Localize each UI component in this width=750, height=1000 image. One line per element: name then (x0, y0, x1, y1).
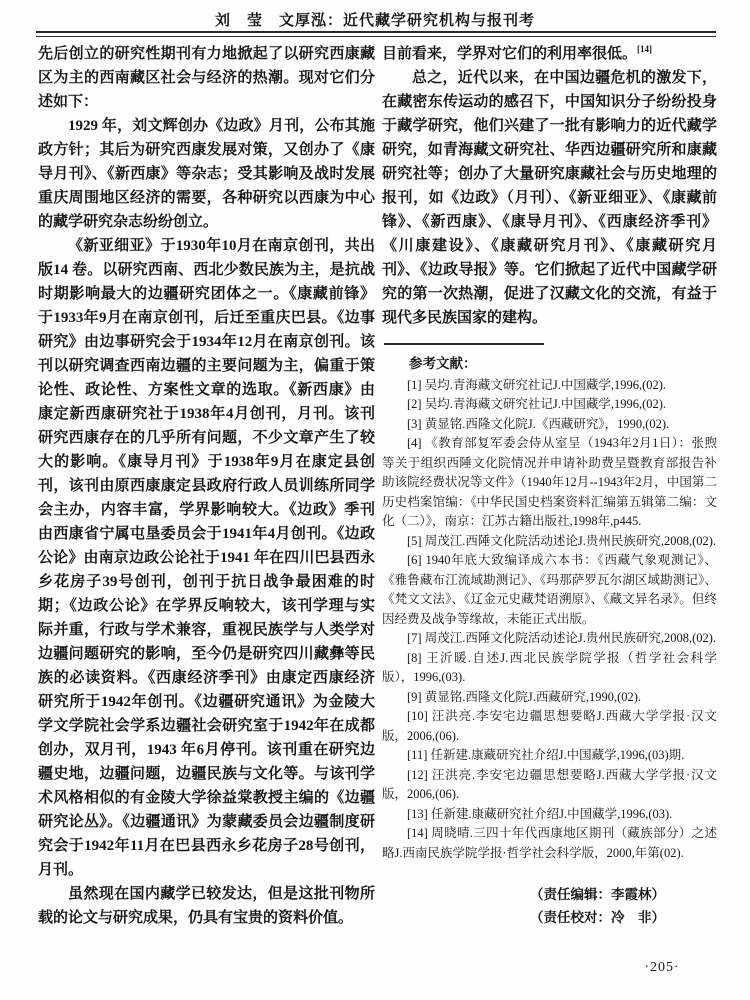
citation-superscript: [14] (637, 44, 652, 54)
right-column: 目前看来，学界对它们的利用率很低。[14] 总之，近代以来，在中国边疆危机的激发… (382, 42, 717, 929)
references-heading: 参考文献： (382, 354, 717, 374)
reference-entry: [11] 任新建.康藏研究社介绍J.中国藏学,1996,(03)期. (382, 746, 717, 766)
reference-entry: [13] 任新建.康藏研究社介绍J.中国藏学,1996,(03). (382, 805, 717, 825)
reference-entry: [5] 周茂江.西陲文化院活动述论J.贵州民族研究,2008,(02). (382, 532, 717, 552)
reference-entry: [7] 周茂江.西陲文化院活动述论J.贵州民族研究,2008,(02). (382, 629, 717, 649)
header-double-rule (36, 31, 716, 37)
paragraph: 虽然现在国内藏学已较发达，但是这批刊物所载的论文与研究成果，仍具有宝贵的资料价值… (38, 882, 375, 930)
reference-entry: [6] 1940年底大致编译成六本书：《西藏气象观测记》、《雅鲁藏布江流域勘测记… (382, 551, 717, 629)
journal-page: 刘 莹 文厚泓：近代藏学研究机构与报刊考 先后创立的研究性期刊有力地掀起了以研究… (0, 0, 750, 1000)
page-number: ·205· (622, 960, 702, 976)
page-header-title: 刘 莹 文厚泓：近代藏学研究机构与报刊考 (0, 9, 750, 30)
editorial-credits: （责任编辑：李霞林） （责任校对：冷 非） (382, 883, 717, 929)
left-column: 先后创立的研究性期刊有力地掀起了以研究西康藏区为主的西南藏区社会与经济的热潮。现… (38, 42, 375, 930)
responsible-proofreader: （责任校对：冷 非） (382, 906, 665, 929)
references-section: 参考文献： [1] 吴均.青海藏文研究社记J.中国藏学,1996,(02). [… (382, 354, 717, 863)
paragraph-conclusion: 总之，近代以来，在中国边疆危机的激发下，在藏密东传运动的感召下，中国知识分子纷纷… (382, 66, 717, 330)
right-column-body: 目前看来，学界对它们的利用率很低。[14] 总之，近代以来，在中国边疆危机的激发… (382, 42, 717, 330)
reference-entry: [9] 黄显铭.西隆文化院J.西藏研究,1990,(02). (382, 688, 717, 708)
paragraph-continuation: 目前看来，学界对它们的利用率很低。[14] (382, 42, 717, 66)
responsible-editor: （责任编辑：李霞林） (382, 883, 665, 906)
reference-entry: [8] 王沂暖.自述J.西北民族学院学报（哲学社会科学版），1996,(03). (382, 649, 717, 688)
lead-text: 目前看来，学界对它们的利用率很低。 (382, 46, 637, 62)
paragraph: 1929 年，刘文辉创办《边政》月刊，公布其施政方针；其后为研究西康发展对策，又… (38, 114, 375, 234)
paragraph-continuation: 先后创立的研究性期刊有力地掀起了以研究西康藏区为主的西南藏区社会与经济的热潮。现… (38, 42, 375, 114)
reference-entry: [1] 吴均.青海藏文研究社记J.中国藏学,1996,(02). (382, 376, 717, 396)
reference-entry: [2] 吴均.青海藏文研究社记J.中国藏学,1996,(02). (382, 395, 717, 415)
reference-entry: [3] 黄显铭.西隆文化院J.《西藏研究》，1990,(02). (382, 415, 717, 435)
reference-entry: [14] 周晓晴.三四十年代西康地区期刊（藏族部分）之述略J.西南民族学院学报·… (382, 824, 717, 863)
reference-entry: [4] 《教育部复军委会侍从室呈（1943年2月1日）：张煦等关于组织西陲文化院… (382, 434, 717, 532)
references-separator-rule (384, 343, 544, 345)
reference-entry: [12] 汪洪亮.李安宅边疆思想要略J.西藏大学学报·汉文版，2006,(06)… (382, 766, 717, 805)
reference-entry: [10] 汪洪亮.李安宅边疆思想要略J.西藏大学学报·汉文版，2006,(06)… (382, 707, 717, 746)
paragraph: 《新亚细亚》于1930年10月在南京创刊，共出版14 卷。以研究西南、西北少数民… (38, 234, 375, 882)
